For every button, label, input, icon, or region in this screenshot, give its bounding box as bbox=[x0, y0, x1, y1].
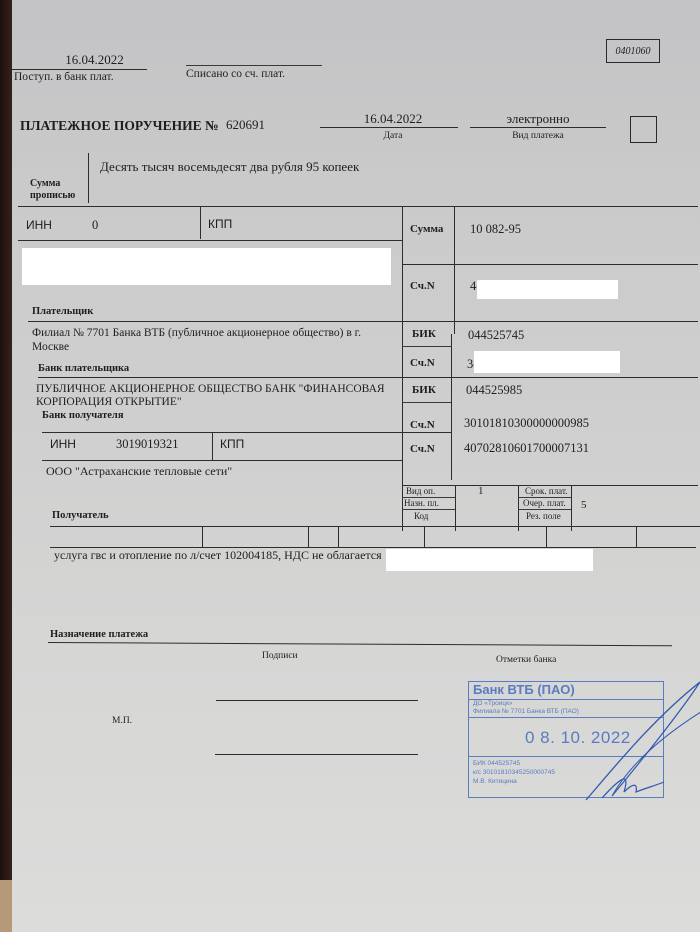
form-code-box: 0401060 bbox=[606, 39, 660, 63]
payer-bank-name: Филиал № 7701 Банка ВТБ (публичное акцио… bbox=[32, 326, 392, 354]
right-label-divider-upper bbox=[454, 206, 455, 334]
payee-bank-label: Банк получателя bbox=[42, 410, 124, 421]
priority-value: 5 bbox=[581, 499, 587, 511]
payer-inn-label: ИНН bbox=[26, 218, 52, 232]
signatures-label: Подписи bbox=[262, 651, 298, 661]
purpose-label: Назначение платежа bbox=[50, 629, 148, 640]
payment-type: электронно bbox=[470, 111, 606, 127]
payer-inn: 0 bbox=[92, 218, 98, 233]
reserve-label: Рез. поле bbox=[526, 511, 561, 521]
payee-inn-label: ИНН bbox=[50, 437, 76, 451]
stamp-bik: БИК 044525745 bbox=[473, 760, 520, 767]
rule-top bbox=[18, 206, 698, 207]
payee-bank-account: 30101810300000000985 bbox=[464, 416, 589, 431]
tax-div-2 bbox=[308, 526, 309, 547]
tax-div-1 bbox=[202, 526, 203, 547]
payee-kpp-divider bbox=[212, 432, 213, 460]
payee-name: ООО "Астраханские тепловые сети" bbox=[46, 464, 232, 479]
right-label-divider-lower bbox=[451, 334, 452, 480]
payer-label: Плательщик bbox=[32, 306, 93, 317]
payer-account-label: Сч.N bbox=[410, 280, 435, 292]
payee-bank-account-label: Сч.N bbox=[410, 419, 435, 431]
payee-account-label: Сч.N bbox=[410, 443, 435, 455]
payee-bank-rule bbox=[42, 432, 451, 433]
payee-bank-bik: 044525985 bbox=[466, 383, 522, 398]
signature-line-1 bbox=[216, 700, 418, 701]
payer-bank-account-label: Сч.N bbox=[410, 357, 435, 369]
stamp-branch-line1: ДО «Троицк» bbox=[473, 700, 513, 707]
purpose-rule bbox=[48, 642, 672, 646]
bank-marks-label: Отметки банка bbox=[496, 655, 556, 665]
tax-div-4 bbox=[424, 526, 425, 547]
stamp-corr-account: к/с 30101810345250000745 bbox=[473, 769, 555, 776]
payer-name-redacted bbox=[22, 248, 391, 285]
payer-kpp-label: КПП bbox=[208, 217, 232, 231]
codes-div-1 bbox=[455, 485, 456, 531]
code-label: Код bbox=[414, 511, 428, 521]
codes-div-2 bbox=[518, 485, 519, 531]
purpose-code-label: Назн. пл. bbox=[404, 498, 439, 508]
amount-words-label-line2: прописью bbox=[30, 190, 75, 202]
amount-rule bbox=[402, 264, 698, 265]
form-code: 0401060 bbox=[616, 46, 651, 57]
amount-label: Сумма bbox=[410, 223, 443, 235]
payer-account-redacted bbox=[477, 280, 618, 299]
stamp-branch-line2: Филиала № 7701 Банка ВТБ (ПАО) bbox=[473, 708, 579, 715]
received-date-line bbox=[12, 69, 147, 70]
priority-label: Очер. плат. bbox=[523, 498, 566, 508]
codes-left-rule-2 bbox=[402, 509, 455, 510]
status-checkbox bbox=[630, 116, 657, 143]
debited-label: Списано со сч. плат. bbox=[186, 68, 285, 80]
handwritten-signature-icon bbox=[572, 680, 700, 805]
payee-kpp-label: КПП bbox=[220, 437, 244, 451]
signature-line-2 bbox=[215, 754, 418, 755]
received-date: 16.04.2022 bbox=[42, 52, 147, 68]
payee-bank-name: ПУБЛИЧНОЕ АКЦИОНЕРНОЕ ОБЩЕСТВО БАНК "ФИН… bbox=[36, 383, 396, 409]
payer-bank-bik-rule bbox=[402, 346, 452, 347]
document-date-label: Дата bbox=[330, 131, 456, 141]
document-date-line bbox=[320, 127, 458, 128]
debited-date-line bbox=[186, 65, 322, 66]
payer-inn-row-rule bbox=[18, 240, 402, 241]
purpose-text: услуга гвс и отопление по л/счет 1020041… bbox=[54, 548, 382, 563]
document-date: 16.04.2022 bbox=[330, 111, 456, 127]
payer-bank-account-redacted bbox=[474, 351, 620, 373]
amount-words-value: Десять тысяч восемьдесят два рубля 95 ко… bbox=[100, 159, 359, 175]
op-type-value: 1 bbox=[478, 485, 484, 497]
payee-bank-bik-label: БИК bbox=[412, 384, 436, 396]
payer-rule bbox=[28, 321, 698, 322]
payer-bank-rule bbox=[38, 377, 698, 378]
codes-div-3 bbox=[571, 485, 572, 531]
right-column-divider bbox=[402, 206, 403, 531]
stamp-bank-name: Банк ВТБ (ПАО) bbox=[473, 682, 575, 697]
amount-value: 10 082-95 bbox=[470, 222, 521, 237]
tax-div-5 bbox=[546, 526, 547, 547]
payee-label: Получатель bbox=[52, 510, 109, 521]
purpose-redacted bbox=[386, 549, 593, 571]
payment-type-line bbox=[470, 127, 606, 128]
payer-bank-label: Банк плательщика bbox=[38, 363, 129, 374]
term-label: Срок. плат. bbox=[525, 486, 567, 496]
amount-words-label: Сумма прописью bbox=[30, 178, 75, 202]
payee-bank-bik-rule bbox=[402, 402, 451, 403]
tax-div-6 bbox=[636, 526, 637, 547]
tax-row-top-rule bbox=[50, 526, 700, 527]
payment-type-label: Вид платежа bbox=[470, 131, 606, 141]
received-label: Поступ. в банк плат. bbox=[14, 71, 114, 83]
payer-kpp-divider bbox=[200, 206, 201, 239]
amount-words-label-line1: Сумма bbox=[30, 178, 75, 190]
payee-inn-row-rule bbox=[42, 460, 402, 461]
payee-inn: 3019019321 bbox=[116, 437, 179, 452]
payment-order-document: 0401060 16.04.2022 Поступ. в банк плат. … bbox=[12, 0, 700, 932]
seal-label: М.П. bbox=[112, 716, 132, 726]
payer-bank-bik-label: БИК bbox=[412, 328, 436, 340]
op-type-label: Вид оп. bbox=[406, 486, 435, 496]
codes-right-rule-2 bbox=[518, 509, 571, 510]
payer-bank-bik: 044525745 bbox=[468, 328, 524, 343]
stamp-officer: М.В. Китицина bbox=[473, 778, 517, 785]
document-number: 620691 bbox=[226, 117, 265, 133]
tax-div-3 bbox=[338, 526, 339, 547]
payee-account: 40702810601700007131 bbox=[464, 441, 589, 456]
amount-words-divider bbox=[88, 153, 89, 203]
document-title: ПЛАТЕЖНОЕ ПОРУЧЕНИЕ № bbox=[20, 118, 219, 134]
